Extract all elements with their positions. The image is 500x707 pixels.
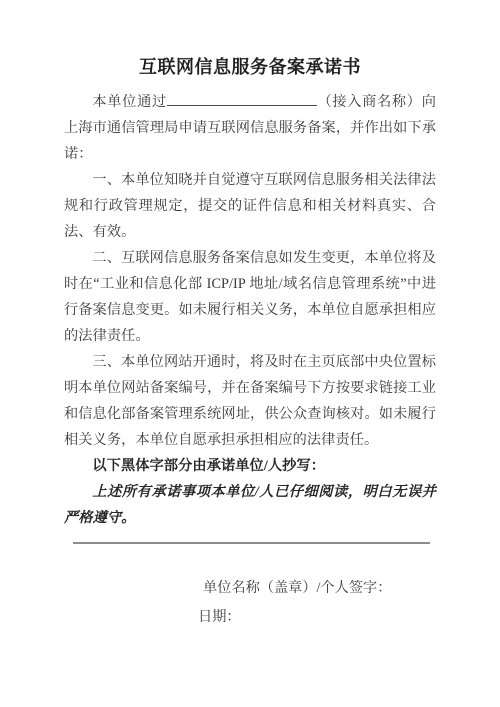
handwriting-rule-line xyxy=(73,542,430,544)
clause-2: 二、互联网信息服务备案信息如发生变更，本单位将及时在“工业和信息化部 ICP/I… xyxy=(64,245,436,349)
copy-text: 上述所有承诺事项本单位/人已仔细阅读，明白无误并严格遵守。 xyxy=(64,479,436,531)
clause-3: 三、本单位网站开通时，将及时在主页底部中央位置标明本单位网站备案编号，并在备案编… xyxy=(64,349,436,453)
signature-name-label: 单位名称（盖章）/个人签字： xyxy=(198,574,436,603)
doc-title: 互联网信息服务备案承诺书 xyxy=(64,54,436,80)
signature-block: 单位名称（盖章）/个人签字： 日期： xyxy=(198,574,436,632)
copy-instruction: 以下黑体字部分由承诺单位/人抄写： xyxy=(64,453,436,479)
intro-paragraph: 本单位通过（接入商名称）向上海市通信管理局申请互联网信息服务备案，并作出如下承诺… xyxy=(64,89,436,167)
intro-prefix: 本单位通过 xyxy=(92,94,166,110)
fill-in-blank-provider-name xyxy=(167,92,317,106)
signature-date-label: 日期： xyxy=(198,603,436,632)
document-page: 互联网信息服务备案承诺书 本单位通过（接入商名称）向上海市通信管理局申请互联网信… xyxy=(0,0,500,707)
clause-1: 一、本单位知晓并自觉遵守互联网信息服务相关法律法规和行政管理规定，提交的证件信息… xyxy=(64,167,436,245)
